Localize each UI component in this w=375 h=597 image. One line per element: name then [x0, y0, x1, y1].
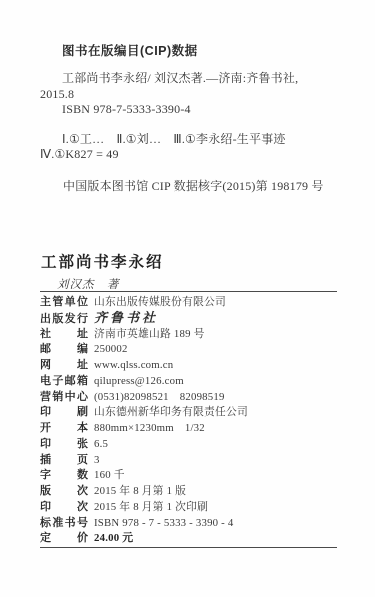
table-row: 出版发行 齐鲁书社	[40, 311, 340, 327]
field-label: 印刷	[40, 405, 88, 421]
field-value: (0531)82098521 82098519	[94, 390, 225, 406]
cip-record-line-1: 工部尚书李永绍/ 刘汉杰著.—济南:齐鲁书社,	[62, 69, 298, 86]
field-label: 电子邮箱	[40, 374, 88, 390]
cip-classification-line-2: Ⅳ.①K827 = 49	[40, 147, 119, 162]
field-label: 邮编	[40, 342, 88, 358]
table-row: 网址 www.qlss.com.cn	[40, 358, 340, 374]
field-label: 标准书号	[40, 516, 88, 532]
field-label: 开本	[40, 421, 88, 437]
field-value: www.qlss.com.cn	[94, 358, 173, 374]
field-label: 印次	[40, 500, 88, 516]
field-value: 济南市英雄山路 189 号	[94, 327, 205, 343]
field-label: 营销中心	[40, 390, 88, 406]
field-label: 印张	[40, 437, 88, 453]
field-label: 主管单位	[40, 295, 88, 311]
field-value: ISBN 978 - 7 - 5333 - 3390 - 4	[94, 516, 233, 532]
field-value: 山东德州新华印务有限责任公司	[94, 405, 248, 421]
field-label: 网址	[40, 358, 88, 374]
price-value: 24.00 元	[94, 531, 133, 547]
table-row: 印刷 山东德州新华印务有限责任公司	[40, 405, 340, 421]
table-row: 电子邮箱 qilupress@126.com	[40, 374, 340, 390]
field-value: 250002	[94, 342, 128, 358]
table-row: 开本 880mm×1230mm 1/32	[40, 421, 340, 437]
field-label: 版次	[40, 484, 88, 500]
table-row: 版次 2015 年 8 月第 1 版	[40, 484, 340, 500]
cip-classification-line-1: Ⅰ.①工… Ⅱ.①刘… Ⅲ.①李永绍-生平事迹	[62, 130, 286, 147]
table-row: 字数 160 千	[40, 468, 340, 484]
cip-verification-line: 中国版本图书馆 CIP 数据核字(2015)第 198179 号	[63, 177, 324, 194]
field-value: 山东出版传媒股份有限公司	[94, 295, 226, 311]
book-author: 刘汉杰 著	[57, 276, 120, 292]
colophon-table: 主管单位 山东出版传媒股份有限公司 出版发行 齐鲁书社 社址 济南市英雄山路 1…	[40, 295, 340, 547]
field-value: 880mm×1230mm 1/32	[94, 421, 205, 437]
copyright-page: 图书在版编目(CIP)数据 工部尚书李永绍/ 刘汉杰著.—济南:齐鲁书社, 20…	[0, 0, 375, 597]
field-value: 2015 年 8 月第 1 次印刷	[94, 500, 208, 516]
divider-line-bottom	[40, 547, 337, 548]
field-label: 社址	[40, 327, 88, 343]
field-value: 160 千	[94, 468, 125, 484]
field-label: 定价	[40, 531, 88, 547]
cip-header: 图书在版编目(CIP)数据	[62, 41, 198, 59]
field-label: 字数	[40, 468, 88, 484]
publisher-signature: 齐鲁书社	[94, 311, 158, 327]
table-row: 印张 6.5	[40, 437, 340, 453]
table-row: 定价 24.00 元	[40, 531, 340, 547]
table-row: 邮编 250002	[40, 342, 340, 358]
table-row: 标准书号 ISBN 978 - 7 - 5333 - 3390 - 4	[40, 516, 340, 532]
cip-isbn-line: ISBN 978-7-5333-3390-4	[62, 102, 191, 117]
table-row: 社址 济南市英雄山路 189 号	[40, 327, 340, 343]
field-label: 出版发行	[40, 312, 88, 328]
table-row: 插页 3	[40, 453, 340, 469]
table-row: 营销中心 (0531)82098521 82098519	[40, 390, 340, 406]
field-value: 3	[94, 453, 100, 469]
table-row: 印次 2015 年 8 月第 1 次印刷	[40, 500, 340, 516]
field-value: qilupress@126.com	[94, 374, 184, 390]
table-row: 主管单位 山东出版传媒股份有限公司	[40, 295, 340, 311]
cip-record-line-2: 2015.8	[40, 87, 74, 102]
field-value: 2015 年 8 月第 1 版	[94, 484, 186, 500]
divider-line-top	[40, 291, 337, 292]
field-label: 插页	[40, 453, 88, 469]
field-value: 6.5	[94, 437, 108, 453]
book-title: 工部尚书李永绍	[41, 250, 164, 272]
